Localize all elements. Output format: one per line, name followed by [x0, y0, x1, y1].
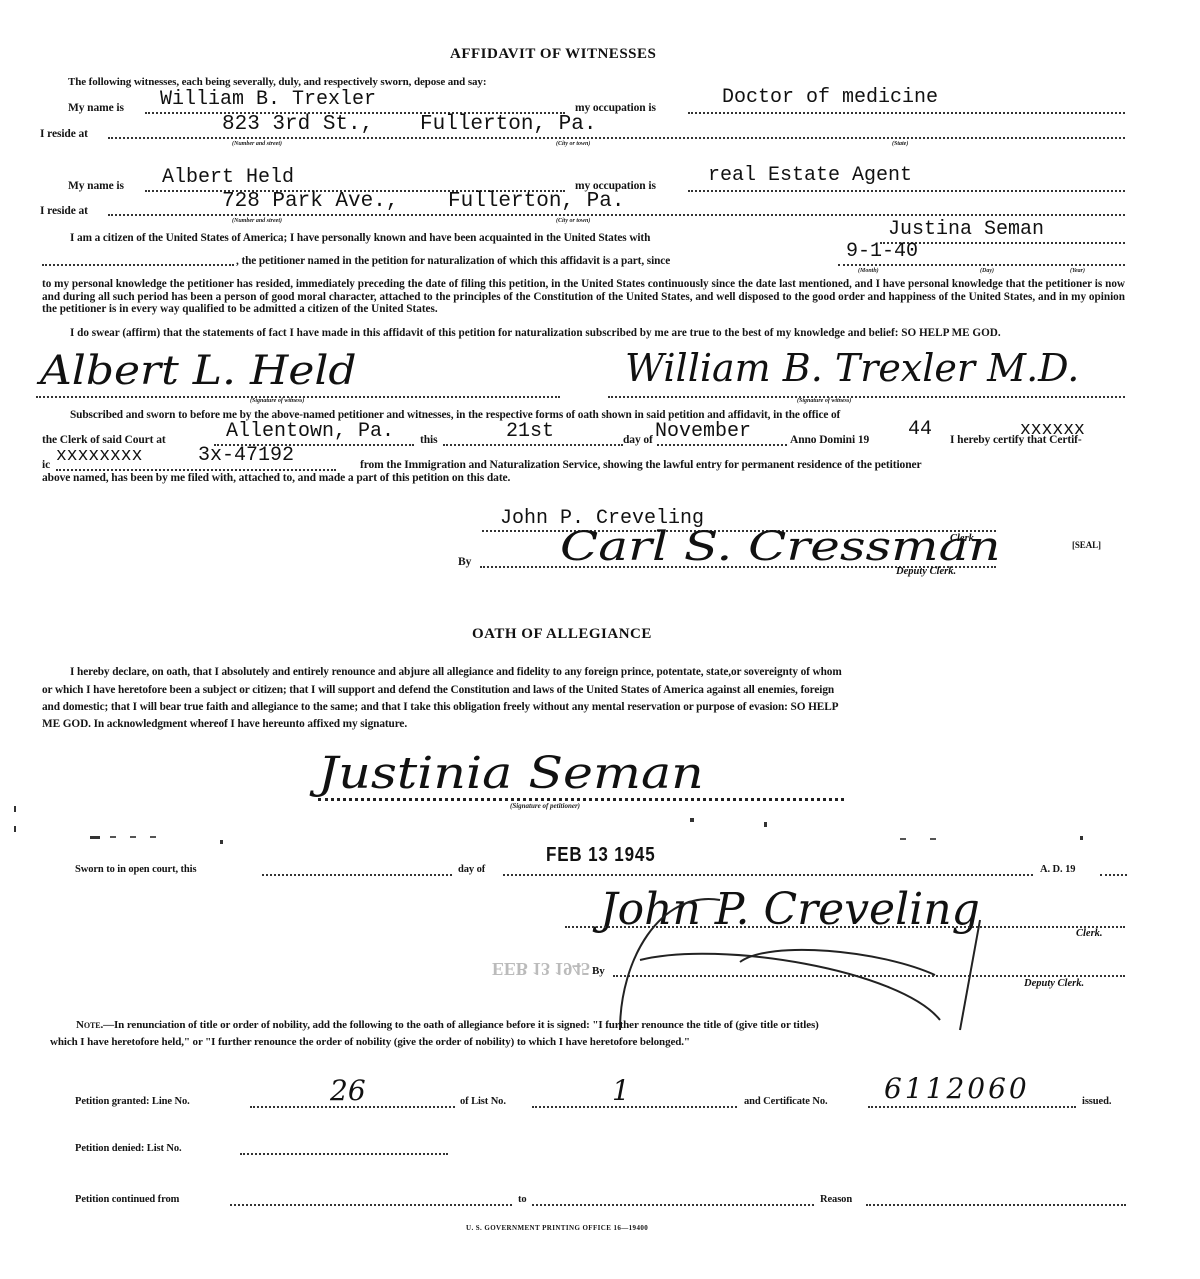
name-label: My name is [68, 102, 124, 114]
sworn-month: November [655, 420, 751, 443]
witness-2-street: 728 Park Ave., [222, 190, 398, 213]
knowledge-text: to my personal knowledge the petitioner … [42, 278, 1125, 316]
year-caption: (Year) [1070, 268, 1085, 274]
deputy-clerk-label: Deputy Clerk. [1024, 978, 1084, 989]
deputy-clerk-signature: Carl S. Cressman [560, 524, 1001, 570]
court-place: Allentown, Pa. [226, 420, 394, 443]
oath-line-1: I hereby declare, on oath, that I absolu… [70, 666, 842, 678]
oath-line-4: ME GOD. In acknowledgment whereof I have… [42, 718, 407, 730]
continued-label: Petition continued from [75, 1194, 179, 1205]
sworn-open-court-label: Sworn to in open court, this [75, 864, 196, 875]
witness-1-city: Fullerton, Pa. [420, 113, 596, 136]
name-label: My name is [68, 180, 124, 192]
petitioner-signature: Justinia Seman [318, 748, 704, 799]
clerk-court-label: the Clerk of said Court at [42, 434, 166, 446]
reside-label: I reside at [40, 128, 88, 140]
cert-number: 3x-47192 [198, 444, 294, 467]
filed-text: above named, has been by me filed with, … [42, 472, 510, 484]
sworn-year: 44 [908, 418, 932, 441]
day-of-label: day of [623, 434, 653, 446]
clerk-label: Clerk. [1076, 928, 1103, 939]
witness-2-name: Albert Held [162, 166, 294, 189]
oath-title: OATH OF ALLEGIANCE [472, 626, 652, 643]
affidavit-intro: The following witnesses, each being seve… [68, 76, 486, 88]
swear-text: I do swear (affirm) that the statements … [42, 327, 1125, 340]
note-label: Note. [76, 1019, 103, 1031]
deputy-clerk-label: Deputy Clerk. [896, 566, 956, 577]
printer-imprint: U. S. GOVERNMENT PRINTING OFFICE 16—1940… [466, 1224, 648, 1232]
list-number: 1 [612, 1074, 630, 1107]
cert-prefix: ic [42, 459, 50, 471]
month-caption: (Month) [858, 268, 879, 274]
reside-label: I reside at [40, 205, 88, 217]
issued-label: issued. [1082, 1096, 1111, 1107]
witness-1-street: 823 3rd St., [222, 113, 373, 136]
reason-label: Reason [820, 1194, 852, 1205]
state-caption: (State) [892, 141, 908, 147]
note-line-2: which I have heretofore held," or "I fur… [50, 1036, 690, 1048]
cert-strikeout: xxxxxxxx [56, 446, 142, 466]
witness-signature-william-trexler: William B. Trexler M.D. [625, 346, 1079, 390]
since-date: 9-1-40 [846, 240, 918, 263]
witness-2-occupation: real Estate Agent [708, 164, 912, 187]
seal-label: [SEAL] [1072, 540, 1101, 550]
line-number: 26 [330, 1074, 366, 1107]
city-caption: (City or town) [556, 141, 590, 147]
by-label: By [458, 556, 471, 568]
citizen-text: I am a citizen of the United States of A… [70, 232, 650, 244]
denied-label: Petition denied: List No. [75, 1143, 182, 1154]
petitioner-signature-caption: (Signature of petitioner) [510, 802, 580, 810]
street-caption: (Number and street) [232, 218, 282, 224]
oath-line-3: and domestic; that I will bear true fait… [42, 701, 838, 713]
street-caption: (Number and street) [232, 141, 282, 147]
anno-domini-label: Anno Domini 19 [790, 434, 869, 446]
affidavit-title: AFFIDAVIT OF WITNESSES [450, 46, 656, 63]
granted-label: Petition granted: Line No. [75, 1096, 190, 1107]
filing-date-stamp: FEB 13 1945 [546, 844, 656, 867]
witness-1-occupation: Doctor of medicine [722, 86, 938, 109]
petitioner-name: Justina Seman [888, 218, 1044, 241]
day-caption: (Day) [980, 268, 994, 274]
list-label: of List No. [460, 1096, 506, 1107]
note-line-1: Note.—In renunciation of title or order … [76, 1019, 819, 1031]
witness-1-name: William B. Trexler [160, 88, 376, 111]
note-text-1: —In renunciation of title or order of no… [103, 1019, 819, 1031]
signature-caption: (Signature of witness) [250, 398, 304, 404]
oath-line-2: or which I have heretofore been a subjec… [42, 684, 834, 696]
certify-strikeout: xxxxxx [1020, 420, 1085, 440]
signature-flourish [540, 880, 1020, 1040]
certificate-label: and Certificate No. [744, 1096, 828, 1107]
from-text: from the Immigration and Naturalization … [360, 459, 922, 471]
petitioner-text: , the petitioner named in the petition f… [236, 255, 670, 267]
to-label: to [518, 1194, 527, 1205]
witness-signature-albert-held: Albert L. Held [40, 348, 357, 394]
certificate-number: 6112060 [884, 1072, 1030, 1105]
signature-caption: (Signature of witness) [797, 398, 851, 404]
sworn-day: 21st [506, 420, 554, 443]
this-label: this [420, 434, 438, 446]
witness-2-city: Fullerton, Pa. [448, 190, 624, 213]
city-caption: (City or town) [556, 218, 590, 224]
ad-label: A. D. 19 [1040, 864, 1075, 875]
day-of-label: day of [458, 864, 485, 875]
